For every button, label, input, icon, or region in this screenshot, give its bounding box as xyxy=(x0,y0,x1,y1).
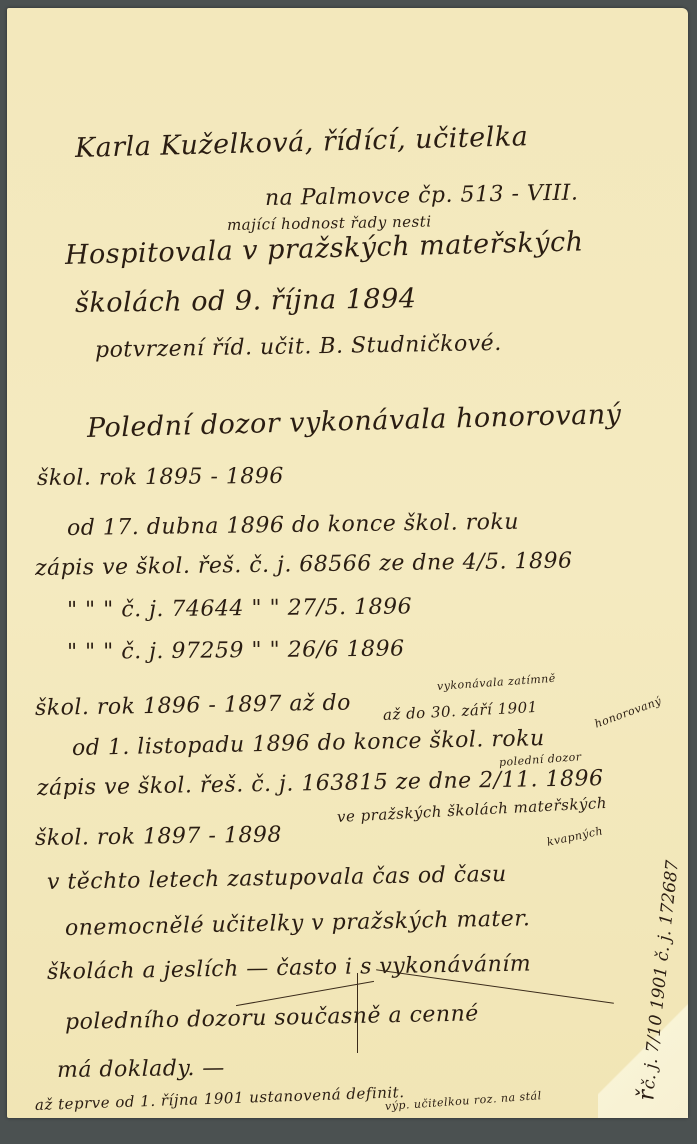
text-line: školách od 9. října 1894 xyxy=(75,283,417,319)
insert-line: až do 30. září 1901 xyxy=(383,698,539,724)
margin-initials: ř xyxy=(635,1089,660,1100)
text-line: poledního dozoru současně a cenné xyxy=(65,1001,479,1035)
insert-above-line: honorovaný xyxy=(593,694,664,730)
text-line: potvrzení říd. učit. B. Studničkové. xyxy=(95,331,502,363)
text-line: zápis ve škol. řeš. č. j. 68566 ze dne 4… xyxy=(35,548,573,581)
text-line: zápis ve škol. řeš. č. j. 163815 ze dne … xyxy=(37,766,604,801)
text-line: má doklady. — xyxy=(57,1056,225,1083)
text-line: od 1. listopadu 1896 do konce škol. roku xyxy=(72,726,545,761)
text-line: " " " č. j. 97259 " " 26/6 1896 xyxy=(67,636,405,665)
insert-above-line: ve pražských školách mateřských xyxy=(337,794,608,826)
text-line: až teprve od 1. října 1901 ustanovená de… xyxy=(35,1083,405,1114)
text-line: Polední dozor vykonávala honorovaný xyxy=(87,399,622,444)
text-line: v těchto letech zastupovala čas od času xyxy=(47,862,507,895)
insertion-bracket xyxy=(236,981,374,1006)
insert-above-line: vykonávala zatímně xyxy=(437,672,557,693)
text-line: od 17. dubna 1896 do konce škol. roku xyxy=(67,510,519,541)
text-line: škol. rok 1896 - 1897 až do xyxy=(35,690,351,721)
text-line: " " " č. j. 74644 " " 27/5. 1896 xyxy=(67,594,412,623)
document-paper: Karla Kuželková, řídící, učitelka na Pal… xyxy=(7,8,688,1118)
insert-below-line: výp. učitelkou roz. na stál xyxy=(385,1089,543,1113)
text-line: škol. rok 1897 - 1898 xyxy=(35,823,282,851)
text-line: Hospitovala v pražských mateřských xyxy=(65,226,584,271)
text-line: onemocnělé učitelky v pražských mater. xyxy=(65,906,531,941)
insert-line: kvapných xyxy=(546,824,604,849)
heading-name-line: Karla Kuželková, řídící, učitelka xyxy=(75,121,529,164)
text-line: škol. rok 1895 - 1896 xyxy=(37,464,284,491)
address-line: na Palmovce čp. 513 - VIII. xyxy=(265,181,579,211)
